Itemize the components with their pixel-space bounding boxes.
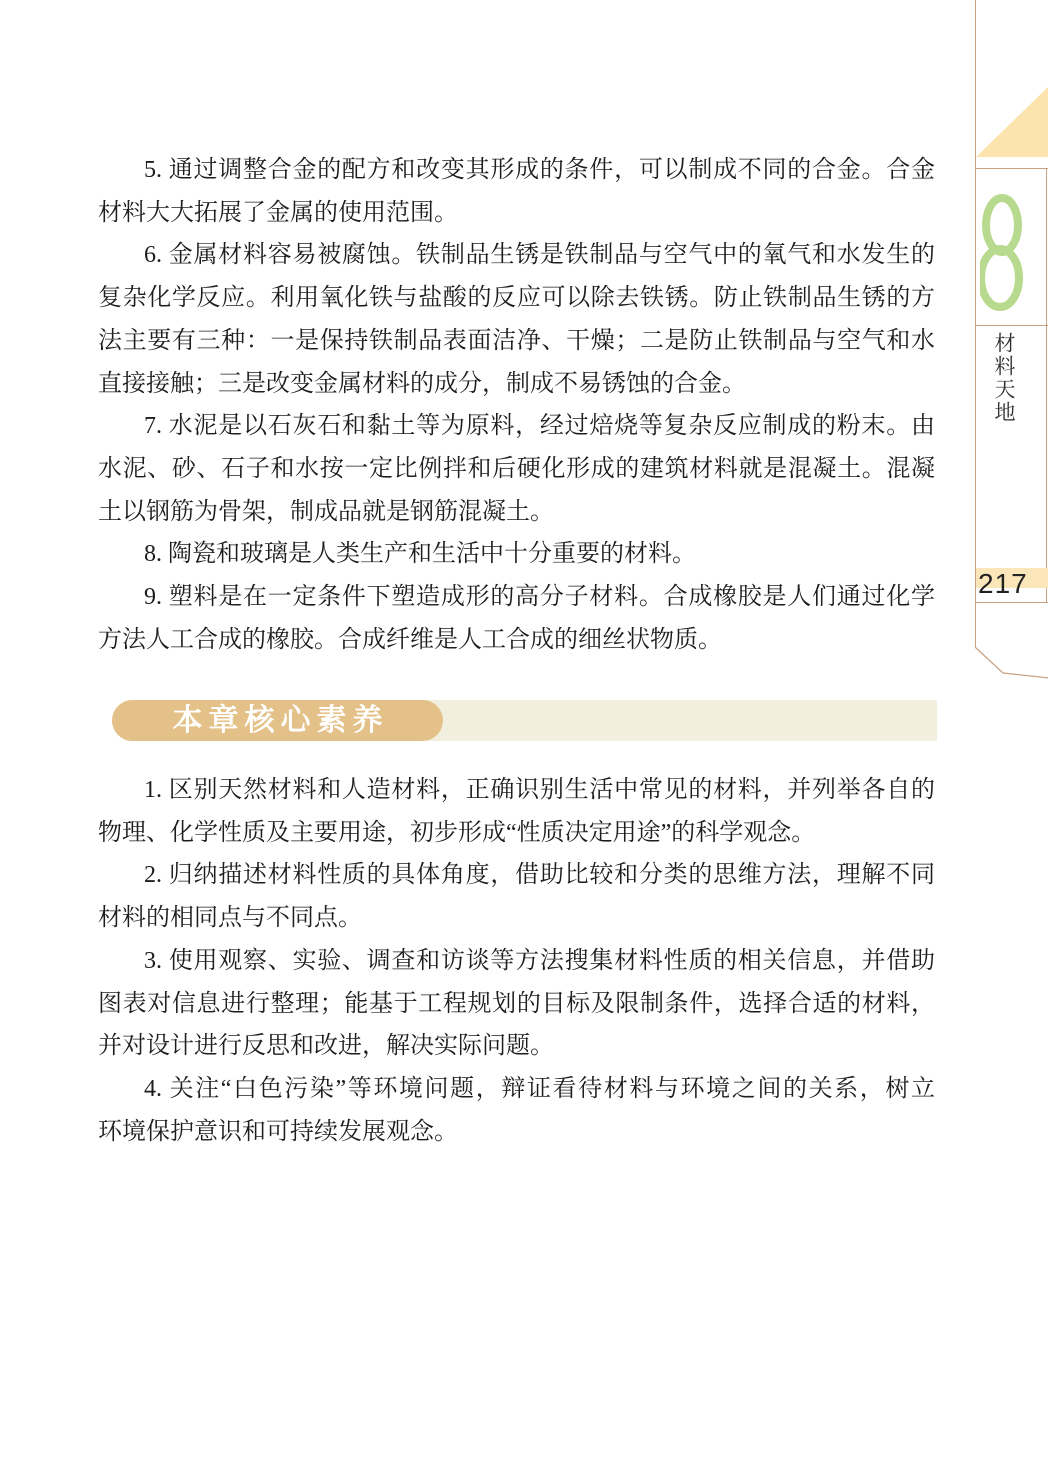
body-text-line: 2. 归纳描述材料性质的具体角度，借助比较和分类的思维方法，理解不同 <box>98 860 935 890</box>
sidebar-right-border <box>1046 168 1047 602</box>
body-text-line: 环境保护意识和可持续发展观念。 <box>98 1117 935 1147</box>
body-text-line: 8. 陶瓷和玻璃是人类生产和生活中十分重要的材料。 <box>98 539 935 569</box>
chapter-number-numeral <box>980 192 1024 312</box>
body-text-line: 材料的相同点与不同点。 <box>98 903 935 933</box>
body-text-line: 物理、化学性质及主要用途，初步形成“性质决定用途”的科学观念。 <box>98 818 935 848</box>
body-text-line: 土以钢筋为骨架，制成品就是钢筋混凝土。 <box>98 497 935 527</box>
corner-triangle-decoration <box>976 87 1048 158</box>
body-text-line: 5. 通过调整合金的配方和改变其形成的条件，可以制成不同的合金。合金 <box>98 155 935 185</box>
body-text-line: 7. 水泥是以石灰石和黏土等为原料，经过焙烧等复杂反应制成的粉末。由 <box>98 411 935 441</box>
body-text-line: 图表对信息进行整理；能基于工程规划的目标及限制条件，选择合适的材料， <box>98 989 935 1019</box>
body-text-line: 3. 使用观察、实验、调查和访谈等方法搜集材料性质的相关信息，并借助 <box>98 946 935 976</box>
chapter-title: 材料天地 <box>989 332 1019 424</box>
body-text-line: 法主要有三种：一是保持铁制品表面洁净、干燥；二是防止铁制品与空气和水 <box>98 326 935 356</box>
body-text-line: 方法人工合成的橡胶。合成纤维是人工合成的细丝状物质。 <box>98 625 935 655</box>
sidebar-divider-top <box>975 168 1048 169</box>
body-text-line: 材料大大拓展了金属的使用范围。 <box>98 198 935 228</box>
textbook-page: 5. 通过调整合金的配方和改变其形成的条件，可以制成不同的合金。合金材料大大拓展… <box>0 0 1048 1474</box>
body-text-line: 1. 区别天然材料和人造材料，正确识别生活中常见的材料，并列举各自的 <box>98 775 935 805</box>
page-number: 217 <box>978 569 1028 599</box>
body-text-line: 复杂化学反应。利用氧化铁与盐酸的反应可以除去铁锈。防止铁制品生锈的方 <box>98 283 935 313</box>
sidebar-divider-middle <box>975 325 1048 326</box>
body-text-line: 4. 关注“白色污染”等环境问题，辩证看待材料与环境之间的关系，树立 <box>98 1074 935 1104</box>
section-banner: 本章核心素养 <box>112 700 443 741</box>
sidebar-corner-cut <box>974 646 1048 680</box>
body-text-line: 9. 塑料是在一定条件下塑造成形的高分子材料。合成橡胶是人们通过化学 <box>98 582 935 612</box>
body-text-line: 并对设计进行反思和改进，解决实际问题。 <box>98 1031 935 1061</box>
section-banner-label: 本章核心素养 <box>173 704 389 737</box>
body-text-line: 6. 金属材料容易被腐蚀。铁制品生锈是铁制品与空气中的氧气和水发生的 <box>98 240 935 270</box>
body-text-line: 水泥、砂、石子和水按一定比例拌和后硬化形成的建筑材料就是混凝土。混凝 <box>98 454 935 484</box>
sidebar-divider-bottom <box>975 602 1048 603</box>
body-text-line: 直接接触；三是改变金属材料的成分，制成不易锈蚀的合金。 <box>98 369 935 399</box>
